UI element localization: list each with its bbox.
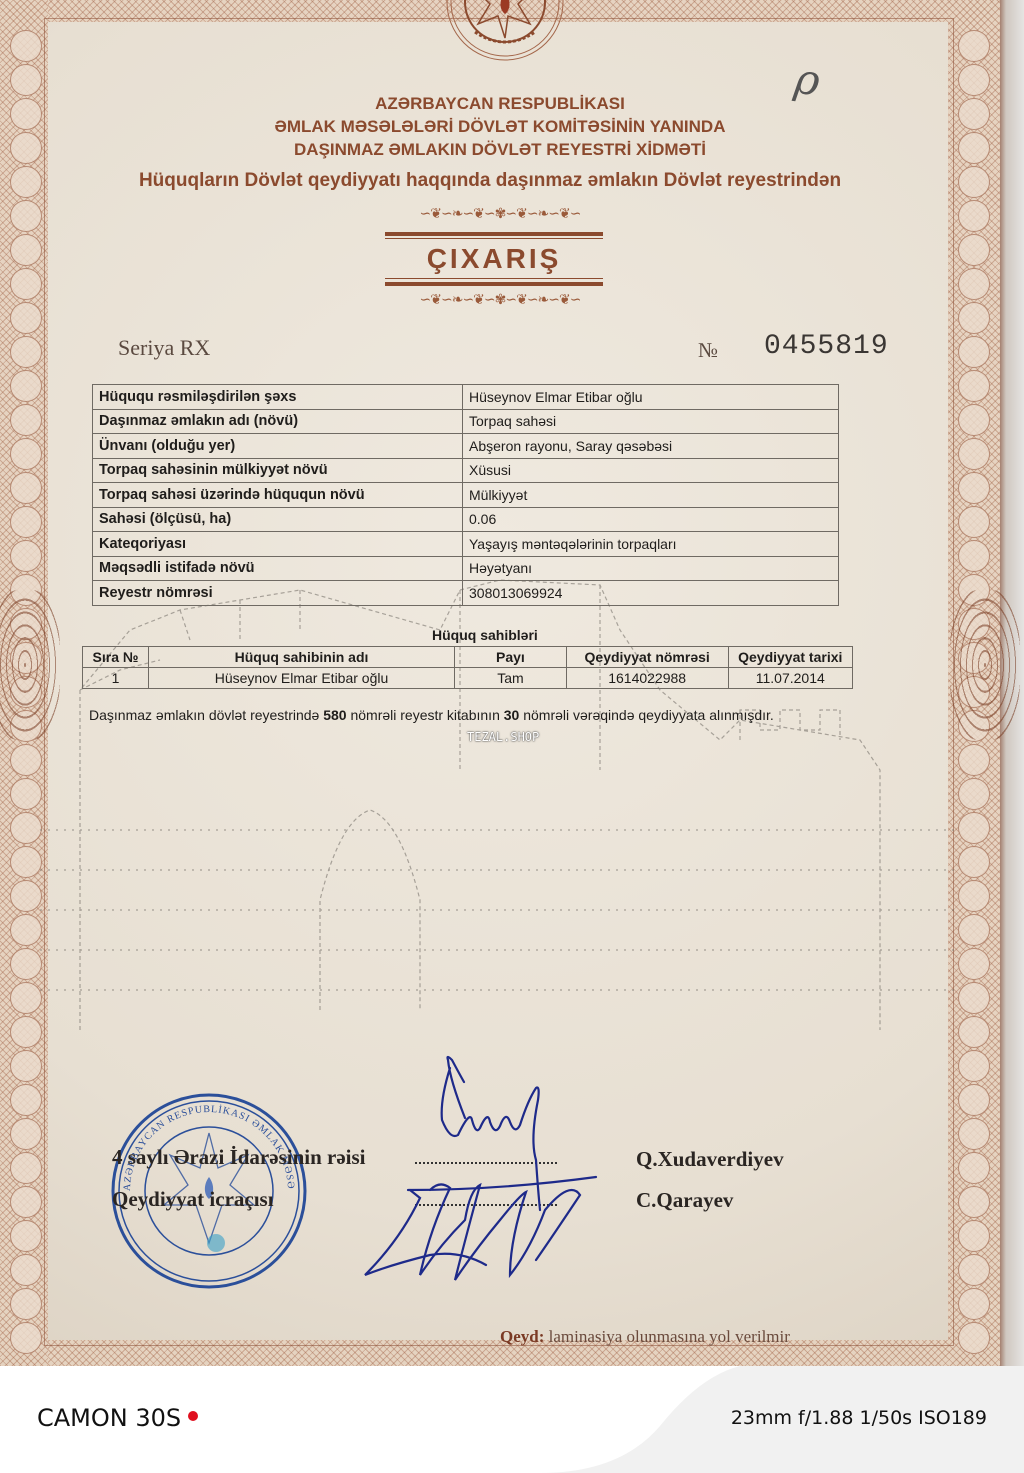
border-scallop [10, 982, 42, 1014]
owners-cell: 1614022988 [566, 668, 728, 689]
border-scallop [10, 778, 42, 810]
border-scallop [10, 744, 42, 776]
details-row: Məqsədli istifadə növüHəyətyanı [93, 556, 839, 581]
title-rule [385, 238, 603, 239]
document-number: 0455819 [764, 331, 889, 362]
details-label: Sahəsi (ölçüsü, ha) [93, 507, 463, 532]
owners-row: 1Hüseynov Elmar Etibar oğluTam1614022988… [83, 668, 853, 689]
title-rule [385, 282, 603, 286]
border-scallop [10, 64, 42, 96]
handwritten-signatures [360, 1040, 600, 1300]
note-body: laminasiya olunmasına yol verilmir [544, 1327, 790, 1346]
border-scallop [958, 948, 990, 980]
note-label: Qeyd: [500, 1327, 544, 1346]
rosette-ornament-right [950, 590, 1020, 740]
border-scallop [10, 1050, 42, 1082]
border-scallop [10, 846, 42, 878]
border-scallop [958, 200, 990, 232]
details-label: Reyestr nömrəsi [93, 581, 463, 606]
registry-statement: Daşınmaz əmlakın dövlət reyestrində 580 … [89, 707, 774, 723]
owners-column-header: Hüquq sahibinin adı [149, 647, 455, 668]
registry-statement-part: nömrəli reyestr kitabının [347, 707, 504, 723]
details-value: Həyətyanı [463, 556, 839, 581]
border-scallop [10, 1254, 42, 1286]
border-scallop [958, 1220, 990, 1252]
border-scallop [958, 1186, 990, 1218]
border-scallop [958, 846, 990, 878]
border-scallop [10, 302, 42, 334]
header-committee: ƏMLAK MƏSƏLƏLƏRİ DÖVLƏT KOMİTƏSİNİN YANI… [0, 117, 1000, 137]
border-scallop [10, 1118, 42, 1150]
border-scallop [958, 1084, 990, 1116]
border-scallop [958, 880, 990, 912]
signatory-name-head: Q.Xudaverdiyev [636, 1147, 784, 1172]
border-scallop [10, 914, 42, 946]
border-scallop [10, 880, 42, 912]
camera-model-text: CAMON 30S [37, 1404, 181, 1432]
border-scallop [958, 370, 990, 402]
registry-book-number: 580 [323, 707, 346, 723]
camera-model: CAMON 30S [37, 1404, 198, 1432]
details-label: Məqsədli istifadə növü [93, 556, 463, 581]
details-row: Ünvanı (olduğu yer)Abşeron rayonu, Saray… [93, 434, 839, 459]
details-row: Hüququ rəsmiləşdirilən şəxsHüseynov Elma… [93, 385, 839, 410]
border-scallop [958, 914, 990, 946]
header-republic: AZƏRBAYCAN RESPUBLİKASI [0, 94, 1000, 114]
details-label: Hüququ rəsmiləşdirilən şəxs [93, 385, 463, 410]
title-rule [385, 232, 603, 236]
details-value: Hüseynov Elmar Etibar oğlu [463, 385, 839, 410]
registry-statement-part: nömrəli vərəqində qeydiyyata alınmışdır. [519, 707, 773, 723]
camera-watermark-footer: CAMON 30S 23mm f/1.88 1/50s ISO189 [0, 1366, 1024, 1473]
owners-column-header: Payı [455, 647, 567, 668]
owners-column-header: Qeydiyyat nömrəsi [566, 647, 728, 668]
stamp-text: AZƏRBAYCAN RESPUBLİKASI ƏMLAK MƏSƏLƏLƏRİ [108, 1093, 296, 1191]
border-scallop [958, 812, 990, 844]
border-scallop [10, 234, 42, 266]
border-scallop [10, 506, 42, 538]
series-label: Seriya RX [118, 335, 210, 361]
border-scallop [958, 540, 990, 572]
signatory-role-head: 4 saylı Ərazi İdarəsinin rəisi [112, 1145, 366, 1170]
document-title: ÇIXARIŞ [385, 243, 603, 275]
details-value: 308013069924 [463, 581, 839, 606]
owners-table-caption: Hüquq sahibləri [432, 627, 538, 643]
details-row: Sahəsi (ölçüsü, ha)0.06 [93, 507, 839, 532]
signatory-name-registrar: C.Qarayev [636, 1188, 733, 1213]
document-photo: ρ AZƏRBAYCAN RESPUBLİKASI ƏMLAK MƏSƏLƏLƏ… [0, 0, 1024, 1366]
border-scallop [958, 1016, 990, 1048]
details-label: Torpaq sahəsinin mülkiyyət növü [93, 458, 463, 483]
details-label: Kateqoriyası [93, 532, 463, 557]
certificate-paper: ρ AZƏRBAYCAN RESPUBLİKASI ƏMLAK MƏSƏLƏLƏ… [0, 0, 1000, 1366]
details-row: KateqoriyasıYaşayış məntəqələrinin torpa… [93, 532, 839, 557]
owners-cell: 1 [83, 668, 149, 689]
border-scallop [10, 1084, 42, 1116]
details-row: Torpaq sahəsi üzərində hüququn növüMülki… [93, 483, 839, 508]
registry-page-number: 30 [504, 707, 520, 723]
border-scallop [10, 948, 42, 980]
property-details-table: Hüququ rəsmiləşdirilən şəxsHüseynov Elma… [92, 384, 839, 606]
details-value: Yaşayış məntəqələrinin torpaqları [463, 532, 839, 557]
details-value: Torpaq sahəsi [463, 409, 839, 434]
border-scallop [10, 1220, 42, 1252]
border-scallop [958, 30, 990, 62]
border-scallop [10, 1152, 42, 1184]
border-scallop [10, 268, 42, 300]
border-scallop [958, 438, 990, 470]
border-scallop [958, 268, 990, 300]
owners-column-header: Sıra № [83, 647, 149, 668]
owners-column-header: Qeydiyyat tarixi [728, 647, 853, 668]
details-row: Reyestr nömrəsi308013069924 [93, 581, 839, 606]
border-scallop [958, 1322, 990, 1354]
details-row: Torpaq sahəsinin mülkiyyət növüXüsusi [93, 458, 839, 483]
border-scallop [10, 404, 42, 436]
border-scallop [958, 744, 990, 776]
svg-text:AZƏRBAYCAN RESPUBLİKASI ƏMLAK: AZƏRBAYCAN RESPUBLİKASI ƏMLAK MƏSƏLƏLƏRİ [108, 1093, 296, 1191]
details-value: Abşeron rayonu, Saray qəsəbəsi [463, 434, 839, 459]
border-scallop [10, 812, 42, 844]
border-scallop [10, 370, 42, 402]
camera-parameters: 23mm f/1.88 1/50s ISO189 [731, 1407, 987, 1429]
registry-statement-part: Daşınmaz əmlakın dövlət reyestrində [89, 707, 323, 723]
owners-table: Sıra №Hüquq sahibinin adıPayıQeydiyyat n… [82, 646, 853, 689]
flourish-ornament-bottom: ∽❦∽❧∽❦∽✾∽❦∽❧∽❦∽ [395, 292, 605, 308]
title-rule [385, 278, 603, 279]
owners-cell: Hüseynov Elmar Etibar oğlu [149, 668, 455, 689]
border-scallop [10, 30, 42, 62]
number-sign: № [698, 338, 718, 363]
border-scallop [10, 472, 42, 504]
state-emblem-icon [430, 0, 580, 70]
border-scallop [958, 302, 990, 334]
border-scallop [958, 982, 990, 1014]
border-scallop [958, 1288, 990, 1320]
flourish-ornament-top: ∽❦∽❧∽❦∽✾∽❦∽❧∽❦∽ [395, 206, 605, 222]
owners-cell: 11.07.2014 [728, 668, 853, 689]
border-scallop [10, 438, 42, 470]
border-scallop [10, 540, 42, 572]
signatory-role-registrar: Qeydiyyat icraçısı [112, 1187, 274, 1212]
details-row: Daşınmaz əmlakın adı (növü)Torpaq sahəsi [93, 409, 839, 434]
border-scallop [958, 506, 990, 538]
border-scallop [958, 1050, 990, 1082]
border-scallop [958, 404, 990, 436]
border-scallop [958, 1254, 990, 1286]
details-value: Xüsusi [463, 458, 839, 483]
border-scallop [958, 1118, 990, 1150]
overlay-watermark: TEZAL.SHOP [467, 730, 539, 744]
red-dot-icon [188, 1411, 198, 1421]
details-value: Mülkiyyət [463, 483, 839, 508]
border-scallop [958, 1152, 990, 1184]
details-label: Torpaq sahəsi üzərində hüququn növü [93, 483, 463, 508]
border-scallop [958, 472, 990, 504]
border-scallop [958, 64, 990, 96]
border-scallop [10, 1016, 42, 1048]
details-label: Daşınmaz əmlakın adı (növü) [93, 409, 463, 434]
note-text: Qeyd: laminasiya olunmasına yol verilmir [500, 1327, 790, 1347]
border-scallop [10, 1186, 42, 1218]
border-scallop [10, 336, 42, 368]
border-scallop [10, 200, 42, 232]
header-subtitle: Hüquqların Dövlət qeydiyyatı haqqında da… [0, 170, 990, 192]
details-value: 0.06 [463, 507, 839, 532]
border-scallop [10, 1322, 42, 1354]
border-scallop [958, 234, 990, 266]
border-scallop [958, 778, 990, 810]
details-label: Ünvanı (olduğu yer) [93, 434, 463, 459]
header-registry-service: DAŞINMAZ ƏMLAKIN DÖVLƏT REYESTRİ XİDMƏTİ [0, 140, 1000, 160]
border-scallop [958, 336, 990, 368]
border-scallop [10, 1288, 42, 1320]
owners-cell: Tam [455, 668, 567, 689]
